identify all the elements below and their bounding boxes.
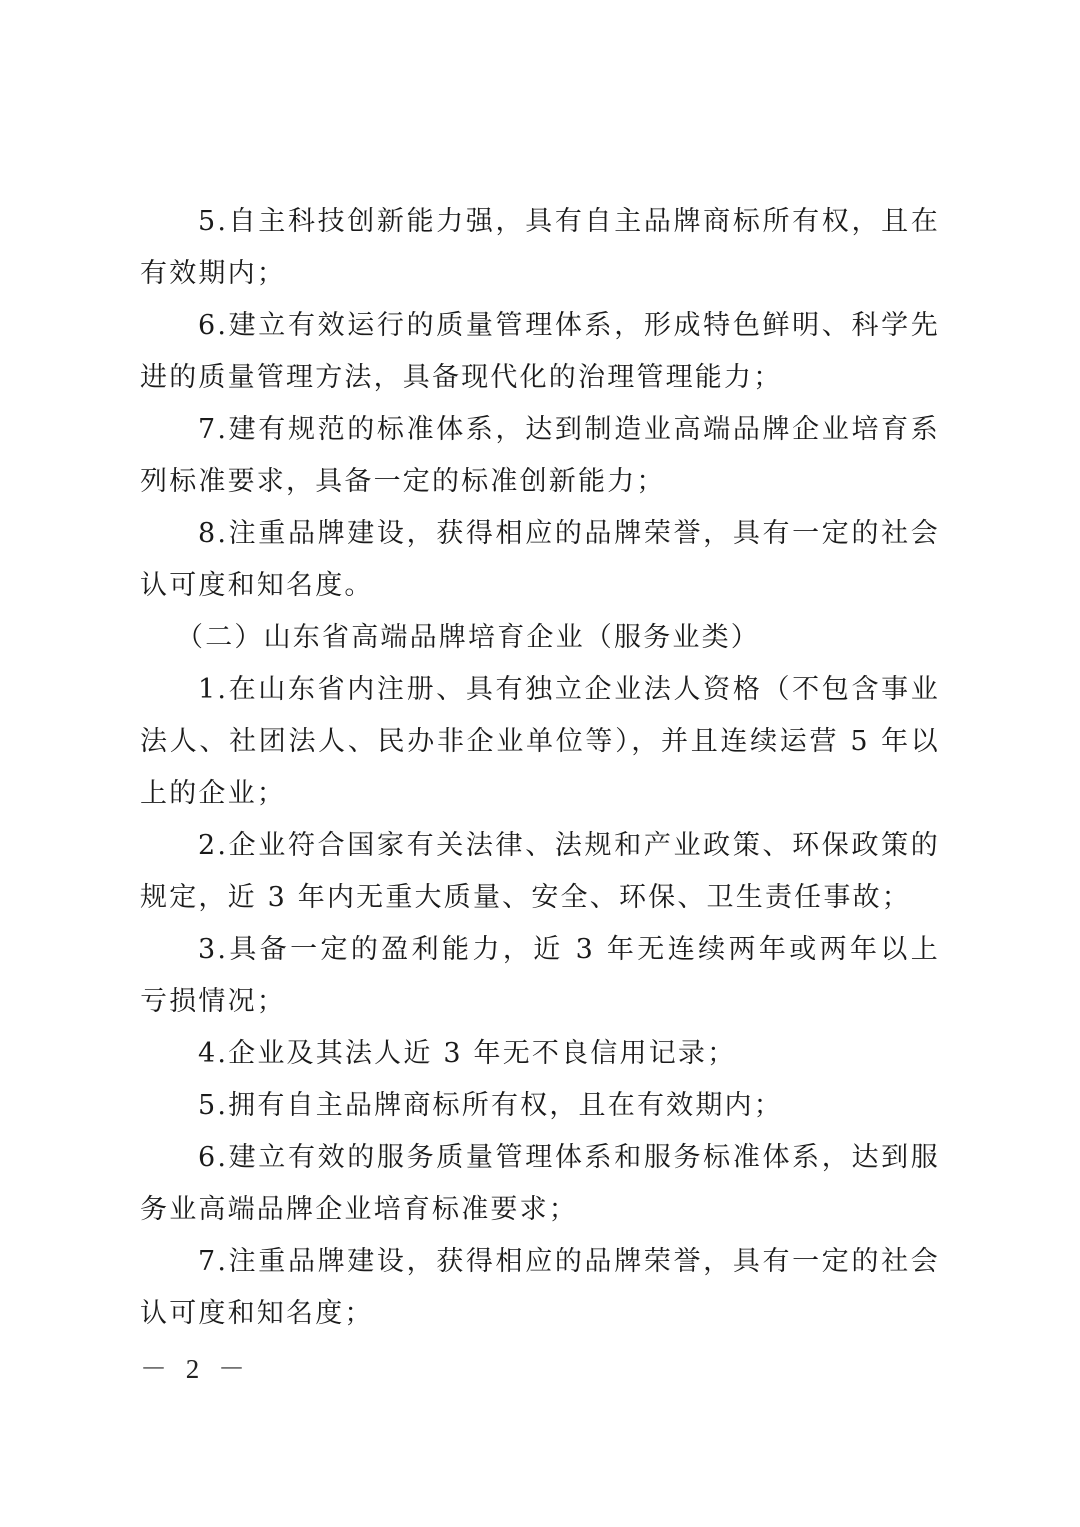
clause-2-service: 2.企业符合国家有关法律、法规和产业政策、环保政策的规定，近 3 年内无重大质量… bbox=[140, 820, 940, 924]
clause-6-service: 6.建立有效的服务质量管理体系和服务标准体系，达到服务业高端品牌企业培育标准要求… bbox=[140, 1132, 940, 1236]
clause-4-service: 4.企业及其法人近 3 年无不良信用记录； bbox=[140, 1028, 940, 1080]
section-heading-service: （二）山东省高端品牌培育企业（服务业类） bbox=[140, 612, 940, 664]
clause-7-service: 7.注重品牌建设，获得相应的品牌荣誉，具有一定的社会认可度和知名度； bbox=[140, 1236, 940, 1340]
page-number: － 2 － bbox=[140, 1347, 251, 1386]
clause-7-manufacturing: 7.建有规范的标准体系，达到制造业高端品牌企业培育系列标准要求，具备一定的标准创… bbox=[140, 404, 940, 508]
clause-8-manufacturing: 8.注重品牌建设，获得相应的品牌荣誉，具有一定的社会认可度和知名度。 bbox=[140, 508, 940, 612]
clause-3-service: 3.具备一定的盈利能力，近 3 年无连续两年或两年以上亏损情况； bbox=[140, 924, 940, 1028]
clause-5-service: 5.拥有自主品牌商标所有权，且在有效期内； bbox=[140, 1080, 940, 1132]
clause-5-manufacturing: 5.自主科技创新能力强，具有自主品牌商标所有权，且在有效期内； bbox=[140, 196, 940, 300]
document-page: 5.自主科技创新能力强，具有自主品牌商标所有权，且在有效期内； 6.建立有效运行… bbox=[0, 0, 1080, 1527]
document-body: 5.自主科技创新能力强，具有自主品牌商标所有权，且在有效期内； 6.建立有效运行… bbox=[140, 196, 940, 1340]
clause-6-manufacturing: 6.建立有效运行的质量管理体系，形成特色鲜明、科学先进的质量管理方法，具备现代化… bbox=[140, 300, 940, 404]
clause-1-service: 1.在山东省内注册、具有独立企业法人资格（不包含事业法人、社团法人、民办非企业单… bbox=[140, 664, 940, 820]
